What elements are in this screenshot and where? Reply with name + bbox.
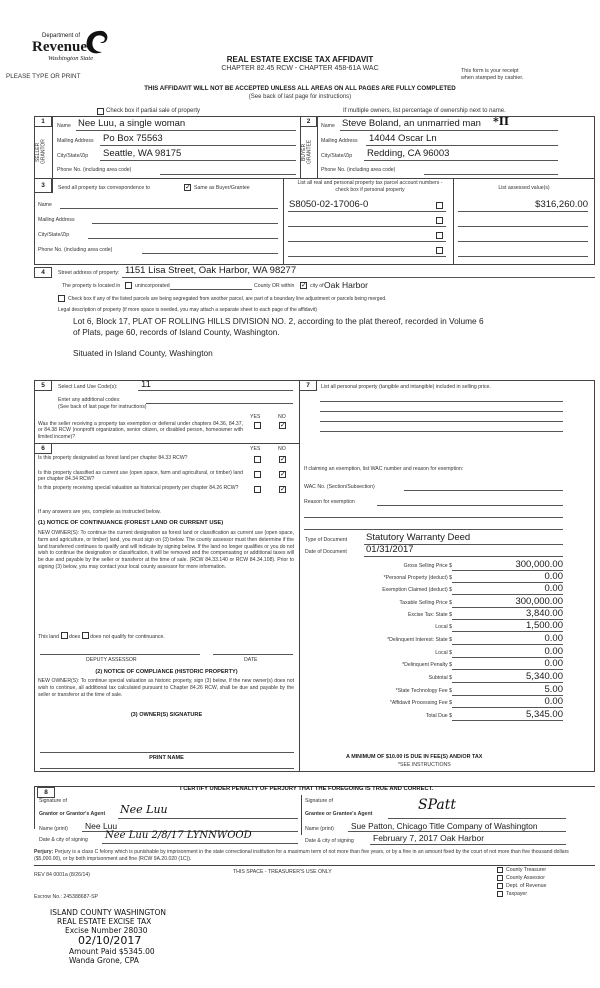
seller-name-field[interactable]: Nee Luu, a single woman — [78, 118, 185, 129]
same-as-buyer-checkbox[interactable]: ✓ — [184, 184, 191, 191]
fee-label: Local $ — [300, 650, 452, 656]
grantee-agent-label: Grantee or Grantee's Agent — [305, 811, 372, 817]
owner-signature-title: (3) OWNER(S) SIGNATURE — [0, 712, 333, 718]
grantor-date-label: Date & city of signing — [39, 837, 88, 843]
exemption-yes-checkbox[interactable] — [254, 422, 261, 429]
fee-value-field[interactable]: 5,340.00 — [455, 671, 563, 682]
fee-value-field[interactable]: 1,500.00 — [455, 620, 563, 631]
fee-label: Subtotal $ — [300, 675, 452, 681]
seller-address-field[interactable]: Po Box 75563 — [103, 133, 163, 144]
section-4-number: 4 — [34, 267, 52, 278]
section-5-number: 5 — [34, 380, 52, 391]
grantor-signature[interactable]: Nee Luu — [120, 803, 168, 816]
legal-description-line-2: of Plats, page 60, records of Island Cou… — [73, 327, 280, 337]
notice-2-text: NEW OWNER(S): To continue special valuat… — [38, 678, 294, 698]
if-yes-note: If any answers are yes, complete as inst… — [38, 509, 161, 515]
section-6-question: Is this property classified as current u… — [38, 470, 243, 483]
buyer-phone-label: Phone No. (including area code) — [321, 167, 395, 173]
buyer-name-label: Name — [321, 123, 335, 129]
copy-label: County Treasurer — [506, 867, 546, 873]
section-2-number: 2 — [300, 116, 317, 127]
reason-field-2[interactable] — [304, 517, 563, 518]
grantee-sig-of-label: Signature of — [305, 798, 333, 804]
receipt-note-1: This form is your receipt — [461, 68, 519, 74]
print-name-label: PRINT NAME — [0, 755, 333, 761]
legal-description-line-3: Situated in Island County, Washington — [73, 348, 213, 358]
fee-value-field[interactable]: 0.00 — [455, 646, 563, 657]
partial-sale-checkbox[interactable] — [97, 108, 104, 115]
please-type-label: PLEASE TYPE OR PRINT — [6, 73, 80, 80]
county-field[interactable] — [170, 289, 252, 290]
copy-label: Dept. of Revenue — [506, 883, 546, 889]
corr-phone-label: Phone No. (including area code) — [38, 247, 112, 253]
county-or-label: County OR within — [254, 283, 294, 289]
additional-codes-note: (See back of last page for instructions) — [58, 404, 147, 410]
doc-type-label: Type of Document — [305, 537, 347, 543]
additional-codes-field[interactable] — [146, 403, 293, 404]
correspondence-label: Send all property tax correspondence to — [58, 185, 150, 191]
completion-warning: THIS AFFIDAVIT WILL NOT BE ACCEPTED UNLE… — [0, 85, 600, 92]
personal-property-label: List all personal property (tangible and… — [321, 384, 491, 390]
grantee-name-field[interactable]: Sue Patton, Chicago Title Company of Was… — [351, 821, 537, 831]
qualify-does-not-label: does not qualify for continuance. — [90, 634, 165, 640]
assessed-value-field[interactable]: $316,260.00 — [458, 199, 588, 210]
section-1-number: 1 — [34, 116, 52, 127]
segregated-checkbox[interactable] — [58, 295, 65, 302]
seller-city-field[interactable]: Seattle, WA 98175 — [103, 148, 181, 159]
grantor-name-label: Name (print) — [39, 826, 68, 832]
legal-description-label: Legal description of property (if more s… — [58, 307, 317, 313]
assessor-date-line[interactable] — [213, 654, 293, 655]
corr-name-label: Name — [38, 202, 52, 208]
reason-label: Reason for exemption — [304, 499, 355, 505]
city-checkbox[interactable]: ✓ — [300, 282, 307, 289]
land-use-code-label: Select Land Use Code(s): — [58, 384, 117, 390]
qualify-does-label: does — [69, 634, 80, 640]
wac-field[interactable] — [404, 490, 563, 491]
fee-value-field[interactable]: 0.00 — [455, 696, 563, 707]
doc-date-field[interactable]: 01/31/2017 — [366, 544, 414, 555]
corr-address-label: Mailing Address — [38, 217, 75, 223]
seller-city-label: City/State/Zip — [57, 153, 88, 159]
exemption-claim-label: If claiming an exemption, list WAC numbe… — [304, 466, 463, 472]
buyer-address-field[interactable]: 14044 Oscar Ln — [369, 133, 437, 144]
dor-swoosh-icon — [82, 28, 110, 56]
fee-value-field[interactable]: 300,000.00 — [455, 596, 563, 607]
unincorporated-checkbox[interactable] — [125, 282, 132, 289]
buyer-city-label: City/State/Zip — [321, 153, 352, 159]
fee-value-field[interactable]: 0.00 — [455, 633, 563, 644]
dept-name: Revenue — [32, 39, 87, 56]
no-header-5: NO — [278, 414, 286, 420]
unincorporated-label: unincorporated — [135, 283, 170, 289]
copy-checkbox[interactable] — [497, 875, 503, 881]
copy-checkbox[interactable] — [497, 883, 503, 889]
qualify-does-checkbox[interactable] — [61, 632, 68, 639]
fee-value-field[interactable]: 5,345.00 — [455, 709, 563, 720]
fee-label: *State Technology Fee $ — [300, 688, 452, 694]
buyer-name-annotation: *II — [493, 115, 509, 128]
form-title: REAL ESTATE EXCISE TAX AFFIDAVIT — [0, 55, 600, 64]
city-of-field[interactable]: Oak Harbor — [324, 280, 368, 290]
certify-title: I CERTIFY UNDER PENALTY OF PERJURY THAT … — [180, 786, 433, 792]
multiple-owners-note: If multiple owners, list percentage of o… — [343, 108, 506, 114]
exemption-question: Was the seller receiving a property tax … — [38, 421, 243, 440]
no-header-6: NO — [278, 446, 286, 452]
land-use-code-field[interactable]: 11 — [141, 379, 151, 390]
fee-label: Total Due $ — [300, 713, 452, 719]
grantor-date-field[interactable]: Nee Luu 2/8/17 LYNNWOOD — [105, 830, 252, 841]
corr-name-field[interactable] — [60, 208, 278, 209]
personal-property-checkbox[interactable] — [436, 202, 443, 209]
fee-value-field[interactable]: 300,000.00 — [455, 559, 563, 570]
fee-value-field[interactable]: 3,840.00 — [455, 608, 563, 619]
buyer-city-field[interactable]: Redding, CA 96003 — [367, 148, 449, 159]
yes-header-6: YES — [250, 446, 260, 452]
fee-label: *Delinquent Penalty $ — [300, 662, 452, 668]
fee-label: *Personal Property (deduct) $ — [300, 575, 452, 581]
buyer-name-field[interactable]: Steve Boland, an unmarried man — [342, 118, 481, 129]
section-3-number: 3 — [34, 178, 52, 193]
street-address-label: Street address of property: — [58, 270, 119, 276]
seller-phone-field[interactable] — [160, 174, 296, 175]
question-yes-checkbox[interactable] — [254, 471, 261, 478]
perjury-text: Perjury is a class C felony which is pun… — [34, 849, 569, 862]
deputy-assessor-label: DEPUTY ASSESSOR — [86, 657, 137, 663]
personal-property-checkbox[interactable] — [436, 247, 443, 254]
treasurer-use-label: THIS SPACE - TREASURER'S USE ONLY — [233, 869, 332, 875]
question-yes-checkbox[interactable] — [254, 456, 261, 463]
yes-header-5: YES — [250, 414, 260, 420]
buyer-address-label: Mailing Address — [321, 138, 358, 144]
copy-label: County Assessor — [506, 875, 545, 881]
owner-signature-line[interactable] — [40, 752, 294, 753]
see-instructions-note: *SEE INSTRUCTIONS — [398, 762, 451, 768]
seller-name-label: Name — [57, 123, 71, 129]
grantee-signature[interactable]: SPatt — [418, 797, 456, 813]
stamp-date: 02/10/2017 — [78, 934, 141, 947]
fee-value-field[interactable]: 0.00 — [455, 658, 563, 669]
reason-field-1[interactable] — [377, 505, 563, 506]
notice-1-title: (1) NOTICE OF CONTINUANCE (FOREST LAND O… — [38, 520, 223, 526]
copy-checkbox[interactable] — [497, 867, 503, 873]
doc-date-label: Date of Document — [305, 549, 347, 555]
partial-sale-label: Check box if partial sale of property — [106, 108, 200, 114]
receipt-note-2: when stamped by cashier. — [461, 75, 523, 81]
section-7-number: 7 — [299, 380, 317, 391]
dor-logo: Department of Revenue Washington State — [30, 30, 120, 70]
question-yes-checkbox[interactable] — [254, 486, 261, 493]
deputy-assessor-signature-line[interactable] — [40, 654, 200, 655]
fee-label: Exemption Claimed (deduct) $ — [300, 587, 452, 593]
legal-description-line-1: Lot 6, Block 17, PLAT OF ROLLING HILLS D… — [73, 316, 484, 326]
parcels-header: List all real and personal property tax … — [290, 180, 450, 193]
section-6-number: 6 — [34, 443, 52, 454]
fee-label: Local $ — [300, 624, 452, 630]
instructions-note: (See back of last page for instructions) — [0, 94, 600, 100]
fee-label: *Delinquent Interest: State $ — [300, 637, 452, 643]
perjury-bold: Perjury: — [34, 849, 53, 855]
section-6-question: Is this property designated as forest la… — [38, 455, 243, 461]
notice-1-text: NEW OWNER(S): To continue the current de… — [38, 530, 294, 571]
corr-address-field[interactable] — [92, 223, 278, 224]
notice-2-title: (2) NOTICE OF COMPLIANCE (HISTORIC PROPE… — [0, 669, 333, 675]
qualify-does-not-checkbox[interactable] — [82, 632, 89, 639]
personal-property-checkbox[interactable] — [436, 217, 443, 224]
parties-divider — [34, 178, 595, 179]
exemption-no-checkbox[interactable]: ✓ — [279, 422, 286, 429]
copy-label: Taxpayer — [506, 891, 527, 897]
perjury-note: Perjury: Perjury is a class C felony whi… — [34, 849, 595, 863]
section-6-question: Is this property receiving special valua… — [38, 485, 243, 491]
corr-city-field[interactable] — [88, 238, 278, 239]
located-in-label: The property is located in — [62, 283, 120, 289]
same-as-buyer-label: Same as Buyer/Grantee — [194, 185, 250, 191]
doc-type-field[interactable]: Statutory Warranty Deed — [366, 532, 470, 543]
fee-label: Gross Selling Price $ — [300, 563, 452, 569]
segregated-label: Check box if any of the listed parcels a… — [68, 296, 387, 302]
grantor-agent-label: Grantor or Grantor's Agent — [39, 811, 105, 817]
fee-label: Excise Tax: State $ — [300, 612, 452, 618]
corr-city-label: City/State/Zip — [38, 232, 69, 238]
personal-property-line-1[interactable] — [320, 401, 563, 402]
fee-value-field[interactable]: 0.00 — [455, 571, 563, 582]
stamp-line-2: REAL ESTATE EXCISE TAX — [57, 917, 151, 926]
qualify-text: This land does does not qualify for cont… — [38, 631, 165, 640]
question-no-checkbox[interactable]: ✓ — [279, 471, 286, 478]
fee-label: *Affidavit Processing Fee $ — [300, 700, 452, 706]
buyer-phone-field[interactable] — [424, 174, 558, 175]
print-name-line[interactable] — [40, 768, 294, 769]
personal-property-line-3[interactable] — [320, 421, 563, 422]
assessor-date-label: DATE — [244, 657, 257, 663]
street-address-field[interactable]: 1151 Lisa Street, Oak Harbor, WA 98277 — [125, 265, 296, 276]
minimum-due-note: A MINIMUM OF $10.00 IS DUE IN FEE(S) AND… — [346, 754, 482, 760]
grantor-sig-of-label: Signature of — [39, 798, 67, 804]
corr-phone-field[interactable] — [142, 253, 278, 254]
fee-value-field[interactable]: 0.00 — [455, 583, 563, 594]
stamp-signer: Wanda Grone, CPA — [69, 956, 139, 965]
section-8-number: 8 — [37, 787, 55, 798]
personal-property-checkbox[interactable] — [436, 232, 443, 239]
question-no-checkbox[interactable]: ✓ — [279, 486, 286, 493]
qualify-this-land: This land — [38, 634, 59, 640]
seller-phone-label: Phone No. (including area code) — [57, 167, 131, 173]
personal-property-line-2[interactable] — [320, 411, 563, 412]
city-of-label: city of — [310, 283, 324, 289]
grantee-name-label: Name (print) — [305, 826, 334, 832]
wac-label: WAC No. (Section/Subsection) — [304, 484, 375, 490]
buyer-side-label: BUYER GRANTEE — [302, 132, 314, 172]
escrow-number: Escrow No.: 245388687-SP — [34, 894, 98, 900]
seller-side-label: SELLER GRANTOR — [36, 132, 48, 172]
question-no-checkbox[interactable]: ✓ — [279, 456, 286, 463]
stamp-amount-paid: Amount Paid $5345.00 — [69, 947, 155, 956]
assessed-header: List assessed value(s) — [453, 185, 595, 191]
additional-codes-label: Enter any additional codes: — [58, 397, 121, 403]
form-id: REV 84 0001a (8/26/14) — [34, 872, 90, 878]
stamp-line-1: ISLAND COUNTY WASHINGTON — [50, 908, 166, 917]
seller-address-label: Mailing Address — [57, 138, 94, 144]
parcel-number-field[interactable]: S8050-02-17006-0 — [289, 199, 368, 210]
grantee-date-label: Date & city of signing — [305, 838, 354, 844]
copy-checkbox[interactable] — [497, 891, 503, 897]
personal-property-line-4[interactable] — [320, 431, 563, 432]
grantee-date-field[interactable]: February 7, 2017 Oak Harbor — [373, 833, 484, 843]
fee-value-field[interactable]: 5.00 — [455, 684, 563, 695]
fee-label: Taxable Selling Price $ — [300, 600, 452, 606]
